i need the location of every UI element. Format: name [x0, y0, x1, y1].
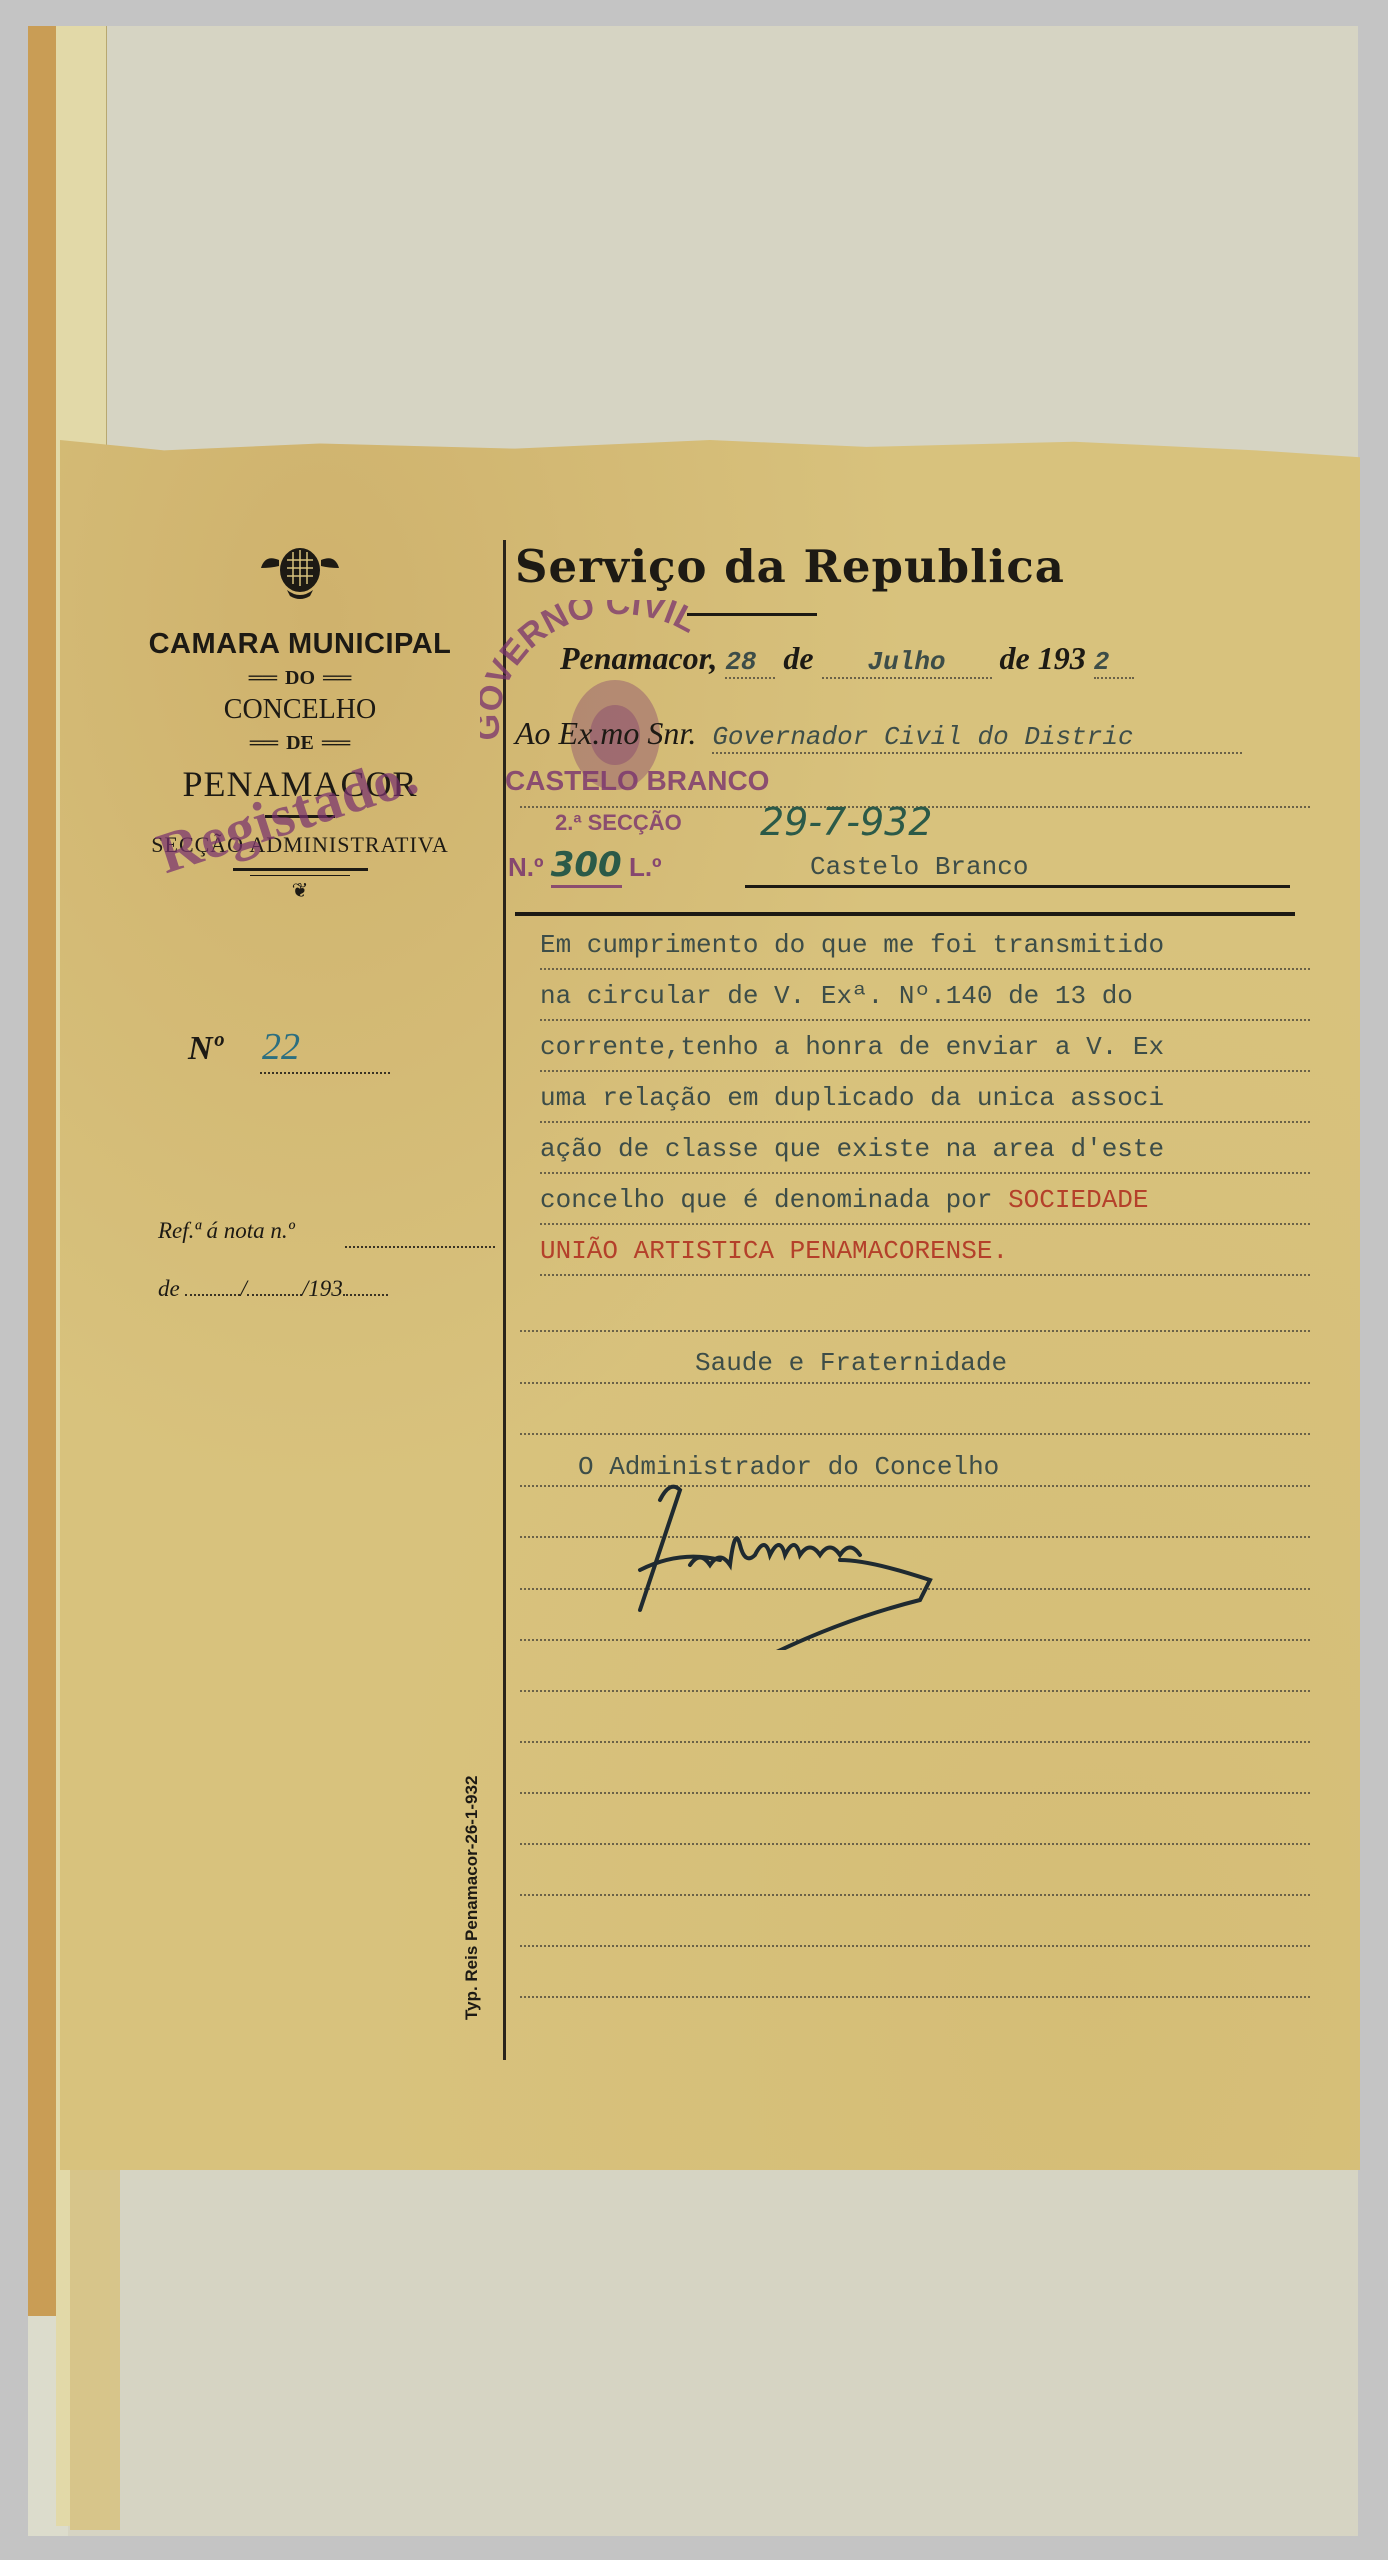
divider	[233, 868, 368, 871]
reference-label: Ref.ª á nota n.º	[158, 1218, 295, 1244]
letterhead-de: DE	[100, 732, 500, 755]
body-line: uma relação em duplicado da unica associ	[540, 1083, 1310, 1123]
addressee: Governador Civil do Distric	[712, 722, 1242, 754]
body-line: ação de classe que existe na area d'este	[540, 1134, 1310, 1174]
letterhead-concelho: CONCELHO	[100, 694, 500, 726]
letterhead-do: DO	[100, 667, 500, 690]
backing-sheet-corner	[70, 2130, 120, 2530]
reference-year: /193	[302, 1276, 343, 1301]
stamp-number-row: N.º 300 L.º	[508, 845, 662, 885]
reference-date: de //193	[158, 1276, 388, 1302]
year-digit: 2	[1094, 647, 1134, 679]
divider	[250, 875, 350, 876]
date-line: Penamacor, 28 de Julho de 193 2	[560, 640, 1134, 679]
coat-of-arms-icon	[257, 540, 343, 602]
ornament-icon: ❦	[100, 878, 500, 903]
body-line: corrente,tenho a honra de enviar a V. Ex	[540, 1032, 1310, 1072]
stamp-section: 2.ª SECÇÃO	[555, 810, 682, 836]
number-label: Nº	[188, 1030, 223, 1068]
day: 28	[725, 647, 775, 679]
year-prefix: de 193	[1000, 640, 1086, 676]
addressee-line: Ao Ex.mo Snr. Governador Civil do Distri…	[515, 715, 1242, 754]
month: Julho	[822, 647, 992, 679]
header-rule	[745, 885, 1290, 888]
number-dotted-line	[260, 1072, 390, 1074]
reference-dotted-line	[345, 1246, 495, 1248]
body-line: na circular de V. Exª. Nº.140 de 13 do	[540, 981, 1310, 1021]
folder-edge	[28, 26, 56, 2316]
stamp-book-prefix: L.º	[629, 852, 662, 882]
stamp-number-prefix: N.º	[508, 852, 544, 882]
handwritten-signature-icon	[620, 1470, 1080, 1650]
number-value: 22	[262, 1025, 300, 1069]
header-bottom-rule	[515, 912, 1295, 916]
closing-salutation: Saude e Fraternidade	[695, 1348, 1007, 1378]
letter-title: Serviço da Republica	[515, 540, 1065, 593]
printer-credit: Typ. Reis Penamacor-26-1-932	[462, 1776, 482, 2020]
municipality-heading: CAMARA MUNICIPAL	[100, 628, 500, 661]
date-de: de	[783, 640, 813, 676]
body-line: UNIÃO ARTISTICA PENAMACORENSE.	[540, 1236, 1310, 1276]
stamp-number: 300	[551, 845, 622, 888]
body-line: concelho que é denominada por SOCIEDADE	[540, 1185, 1310, 1225]
destination: Castelo Branco	[810, 852, 1028, 882]
body-line: Em cumprimento do que me foi transmitido	[540, 930, 1310, 970]
stamp-city: CASTELO BRANCO	[505, 765, 769, 797]
reference-date-prefix: de	[158, 1276, 180, 1301]
received-date: 29-7-932	[760, 800, 932, 844]
addressee-prefix: Ao Ex.mo Snr.	[515, 715, 696, 751]
place: Penamacor,	[560, 640, 717, 676]
date-separator: /	[240, 1276, 246, 1301]
